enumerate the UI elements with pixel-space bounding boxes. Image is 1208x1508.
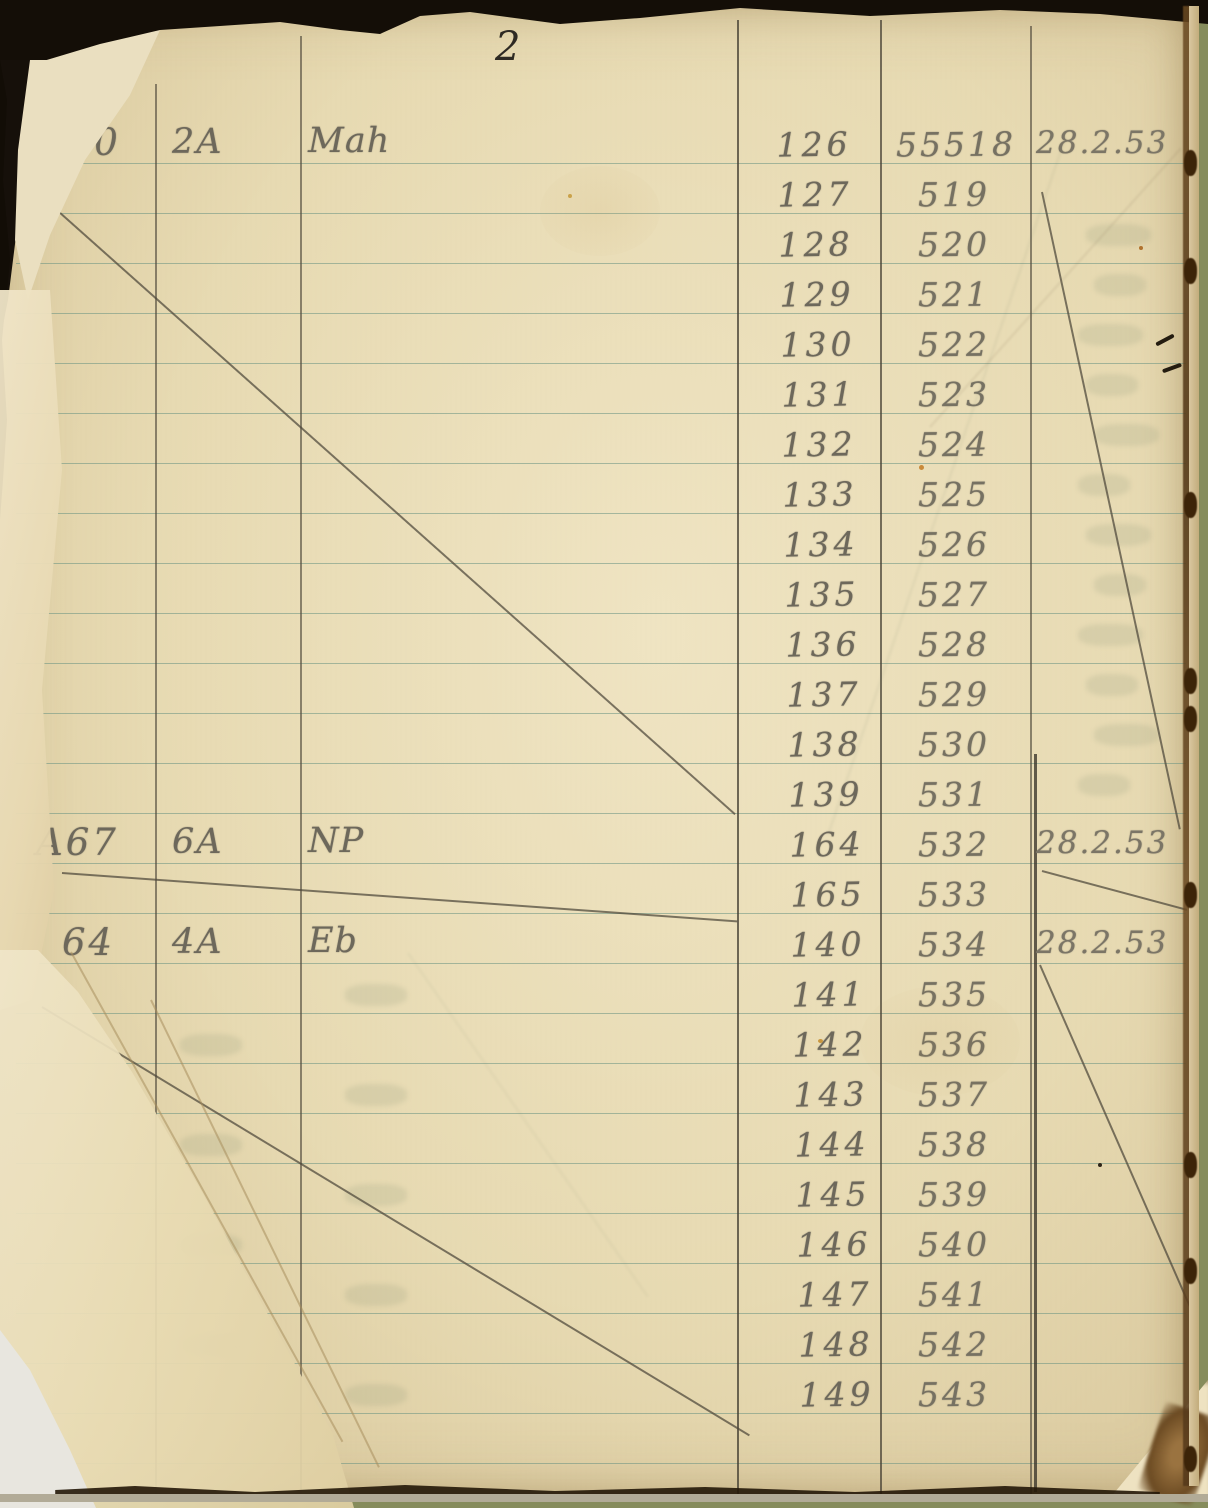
column-divider-5 — [1030, 26, 1032, 1494]
row-number: 134 — [773, 524, 870, 565]
entry-name: Eb — [308, 921, 358, 961]
row-number: 130 — [770, 324, 867, 365]
entry-date: 28.2.53 — [1036, 925, 1176, 961]
ink-dash — [1162, 363, 1182, 374]
row-serial: 523 — [896, 374, 1012, 414]
row-number: 147 — [787, 1274, 884, 1315]
row-serial: 521 — [896, 274, 1012, 314]
entry-code: 4A — [172, 922, 224, 962]
row-number: 131 — [771, 374, 868, 415]
row-serial: 522 — [896, 324, 1012, 364]
stitch-mark — [1184, 668, 1197, 694]
row-serial: 542 — [896, 1324, 1012, 1364]
row-serial: 532 — [896, 824, 1012, 864]
stitch-mark — [1184, 882, 1197, 908]
row-number: 146 — [786, 1224, 883, 1265]
row-serial: 526 — [896, 524, 1012, 564]
row-number: 138 — [777, 724, 874, 765]
row-number: 127 — [767, 174, 864, 215]
bleedthrough-mark — [1094, 724, 1159, 746]
row-serial: 525 — [896, 474, 1012, 514]
row-serial: 530 — [896, 724, 1012, 764]
bleedthrough-line — [407, 952, 648, 1297]
row-serial: 529 — [896, 674, 1012, 714]
row-number: 140 — [780, 924, 877, 965]
column-divider-3 — [737, 20, 739, 1498]
row-serial: 537 — [896, 1074, 1012, 1114]
bleedthrough-mark — [345, 1384, 407, 1406]
entry-ref: 64 — [62, 921, 115, 964]
row-serial: 524 — [896, 424, 1012, 464]
row-serial: 528 — [896, 624, 1012, 664]
bleedthrough-mark — [1078, 774, 1130, 796]
row-number: 139 — [778, 774, 875, 815]
bleedthrough-mark — [1094, 574, 1146, 596]
row-number: 128 — [768, 224, 865, 265]
row-number: 133 — [772, 474, 869, 515]
stitch-mark — [1184, 1446, 1197, 1472]
row-serial: 540 — [896, 1224, 1012, 1264]
speck — [568, 194, 572, 198]
row-number: 142 — [782, 1024, 879, 1065]
row-number: 137 — [776, 674, 873, 715]
stitch-mark — [1184, 150, 1197, 176]
row-number: 132 — [771, 424, 868, 465]
scanner-bed-strip — [0, 1494, 1208, 1502]
row-number: 136 — [775, 624, 872, 665]
row-serial: 538 — [896, 1124, 1012, 1164]
entry-name: NP — [308, 821, 364, 861]
ink-dash — [1155, 334, 1175, 347]
bleedthrough-mark — [1094, 274, 1146, 296]
row-number: 141 — [781, 974, 878, 1015]
speck — [1098, 1163, 1102, 1167]
entry-name: Mah — [308, 121, 390, 161]
speck — [818, 1039, 823, 1043]
bleedthrough-mark — [1078, 324, 1143, 346]
speck — [1139, 246, 1143, 250]
row-number: 143 — [783, 1074, 880, 1115]
row-serial: 541 — [896, 1274, 1012, 1314]
pencil-diagonal-line — [1039, 965, 1191, 1307]
column-divider-4 — [880, 20, 882, 1494]
row-serial: 543 — [896, 1374, 1012, 1414]
row-serial: 520 — [896, 224, 1012, 264]
bleedthrough-mark — [180, 1034, 242, 1056]
row-serial: 531 — [896, 774, 1012, 814]
row-number: 135 — [774, 574, 871, 615]
row-serial: 533 — [896, 874, 1012, 914]
bleedthrough-mark — [1086, 674, 1138, 696]
bleedthrough-mark — [345, 1084, 407, 1106]
bleedthrough-mark — [1086, 374, 1138, 396]
row-number: 149 — [789, 1374, 886, 1415]
page-number: 2 — [495, 24, 520, 70]
bleedthrough-mark — [1078, 624, 1143, 646]
row-serial: 536 — [896, 1024, 1012, 1064]
pencil-diagonal-line — [62, 872, 737, 922]
bleedthrough-mark — [180, 1134, 242, 1156]
entry-date: 28.2.53 — [1036, 125, 1176, 161]
pencil-diagonal-line — [21, 178, 735, 815]
row-serial: 539 — [896, 1174, 1012, 1214]
scanned-ledger-page: 2 A602AMah28.2.5312655518127519128520129… — [0, 0, 1208, 1508]
row-number: 148 — [788, 1324, 885, 1365]
row-serial: 55518 — [896, 124, 1012, 164]
bleedthrough-mark — [1094, 424, 1159, 446]
row-number: 165 — [780, 874, 877, 915]
stitch-mark — [1184, 706, 1197, 732]
speck — [919, 465, 924, 470]
entry-code: 6A — [172, 822, 224, 862]
bleedthrough-mark — [345, 984, 407, 1006]
row-number: 126 — [766, 124, 863, 165]
stitch-mark — [1184, 492, 1197, 518]
pencil-vertical-line — [1034, 754, 1037, 1492]
stitch-mark — [1184, 1152, 1197, 1178]
entry-code: 2A — [172, 122, 224, 162]
row-number: 129 — [769, 274, 866, 315]
paper-stain — [540, 166, 660, 256]
pencil-diagonal-line — [1042, 870, 1187, 911]
row-number: 164 — [779, 824, 876, 865]
bleedthrough-mark — [345, 1284, 407, 1306]
stitch-mark — [1184, 258, 1197, 284]
entry-date: 28.2.53 — [1036, 825, 1176, 861]
row-serial: 527 — [896, 574, 1012, 614]
row-number: 144 — [784, 1124, 881, 1165]
row-serial: 535 — [896, 974, 1012, 1014]
row-number: 145 — [785, 1174, 882, 1215]
row-serial: 534 — [896, 924, 1012, 964]
row-serial: 519 — [896, 174, 1012, 214]
stitch-mark — [1184, 1258, 1197, 1284]
column-divider-2 — [300, 36, 302, 1496]
